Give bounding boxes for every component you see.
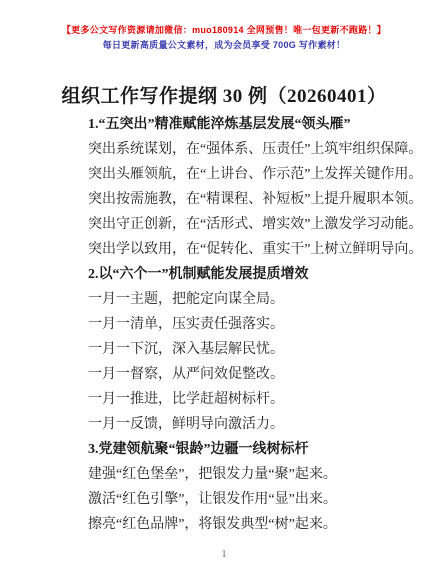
page-title: 组织工作写作提纲 30 例（20260401） [0,84,448,110]
paragraph: 突出系统谋划，在“强体系、压责任”上筑牢组织保障。 [88,137,418,162]
paragraph: 一月一督察，从严问效促整改。 [88,362,418,387]
paragraph: 一月一反馈，鲜明导向激活力。 [88,412,418,437]
paragraph: 突出守正创新，在“活形式、增实效”上激发学习动能。 [88,212,418,237]
section-heading-3: 3.党建领航聚“银龄”边疆一线树标杆 [88,437,418,462]
promo-header: 【更多公文写作资源请加微信：muo180914 全网预售！唯一包更新不跑路！】 … [0,0,448,53]
paragraph: 一月一清单，压实责任强落实。 [88,312,418,337]
paragraph: 一月一推进，比学赶超树标杆。 [88,387,418,412]
paragraph: 一月一主题，把舵定向谋全局。 [88,287,418,312]
paragraph: 突出按需施教，在“精课程、补短板”上提升履职本领。 [88,187,418,212]
document-body: 1.“五突出”精准赋能淬炼基层发展“领头雁” 突出系统谋划，在“强体系、压责任”… [0,112,448,537]
page-number: 1 [0,548,448,562]
document-page: 【更多公文写作资源请加微信：muo180914 全网预售！唯一包更新不跑路！】 … [0,0,448,580]
paragraph: 突出头雁领航，在“上讲台、作示范”上发挥关键作用。 [88,162,418,187]
promo-line-red: 【更多公文写作资源请加微信：muo180914 全网预售！唯一包更新不跑路！】 [0,23,448,38]
paragraph: 擦亮“红色品牌”，将银发典型“树”起来。 [88,512,418,537]
promo-line-blue: 每日更新高质量公文素材，成为会员享受 700G 写作素材！ [0,38,448,53]
section-heading-2: 2.以“六个一”机制赋能发展提质增效 [88,262,418,287]
paragraph: 突出学以致用，在“促转化、重实干”上树立鲜明导向。 [88,237,418,262]
paragraph: 激活“红色引擎”，让银发作用“显”出来。 [88,487,418,512]
paragraph: 建强“红色堡垒”，把银发力量“聚”起来。 [88,462,418,487]
section-heading-1: 1.“五突出”精准赋能淬炼基层发展“领头雁” [88,112,418,137]
paragraph: 一月一下沉，深入基层解民忧。 [88,337,418,362]
